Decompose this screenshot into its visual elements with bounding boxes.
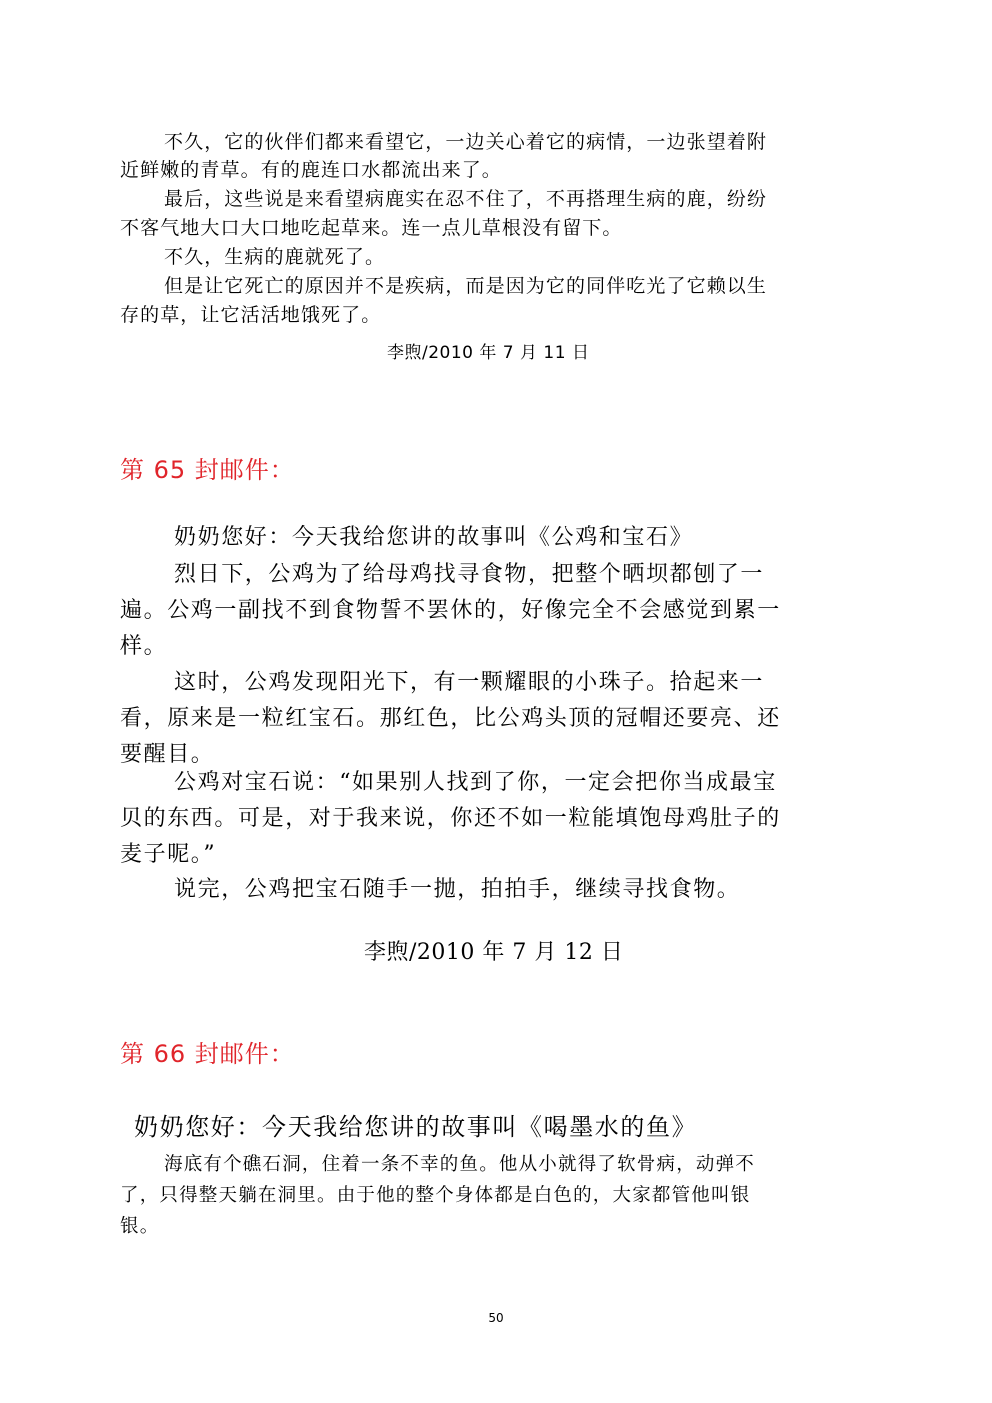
paragraph-line: 海底有个礁石洞，住着一条不幸的鱼。他从小就得了软骨病，动弹不 [164,1150,755,1176]
paragraph-line: 这时，公鸡发现阳光下，有一颗耀眼的小珠子。拾起来一 [174,665,764,696]
paragraph-line: 近鲜嫩的青草。有的鹿连口水都流出来了。 [120,155,502,182]
mail-heading-65: 第 65 封邮件： [120,450,295,485]
paragraph-line: 不客气地大口大口地吃起草来。连一点儿草根没有留下。 [120,213,623,240]
paragraph-line: 公鸡对宝石说：“如果别人找到了你，一定会把你当成最宝 [174,765,777,796]
greeting-line: 奶奶您好：今天我给您讲的故事叫《公鸡和宝石》 [174,520,693,551]
paragraph-line: 不久，它的伙伴们都来看望它，一边关心着它的病情，一边张望着附 [164,127,767,154]
paragraph-line: 遍。公鸡一副找不到食物誓不罢休的，好像完全不会感觉到累一 [120,593,781,624]
paragraph-line: 说完，公鸡把宝石随手一抛，拍拍手，继续寻找食物。 [174,872,740,903]
signature-date: 李煦/2010 年 7 月 12 日 [364,935,623,966]
document-page: 不久，它的伙伴们都来看望它，一边关心着它的病情，一边张望着附 近鲜嫩的青草。有的… [0,0,992,1403]
paragraph-line: 麦子呢。” [120,837,216,868]
paragraph-line: 烈日下，公鸡为了给母鸡找寻食物，把整个晒坝都刨了一 [174,557,764,588]
paragraph-line: 最后，这些说是来看望病鹿实在忍不住了，不再搭理生病的鹿，纷纷 [164,184,767,211]
paragraph-line: 但是让它死亡的原因并不是疾病，而是因为它的同伴吃光了它赖以生 [164,271,767,298]
paragraph-line: 不久，生病的鹿就死了。 [164,242,385,269]
paragraph-line: 要醒目。 [120,737,214,768]
paragraph-line: 看，原来是一粒红宝石。那红色，比公鸡头顶的冠帽还要亮、还 [120,701,781,732]
paragraph-line: 了，只得整天躺在洞里。由于他的整个身体都是白色的，大家都管他叫银 [120,1181,750,1207]
paragraph-line: 贝的东西。可是，对于我来说，你还不如一粒能填饱母鸡肚子的 [120,801,781,832]
paragraph-line: 银。 [120,1212,159,1238]
paragraph-line: 样。 [120,629,167,660]
signature-date: 李煦/2010 年 7 月 11 日 [387,338,589,363]
page-number: 50 [0,1311,992,1325]
paragraph-line: 存的草，让它活活地饿死了。 [120,300,381,327]
greeting-line: 奶奶您好：今天我给您讲的故事叫《喝墨水的鱼》 [134,1107,697,1142]
mail-heading-66: 第 66 封邮件： [120,1034,295,1069]
